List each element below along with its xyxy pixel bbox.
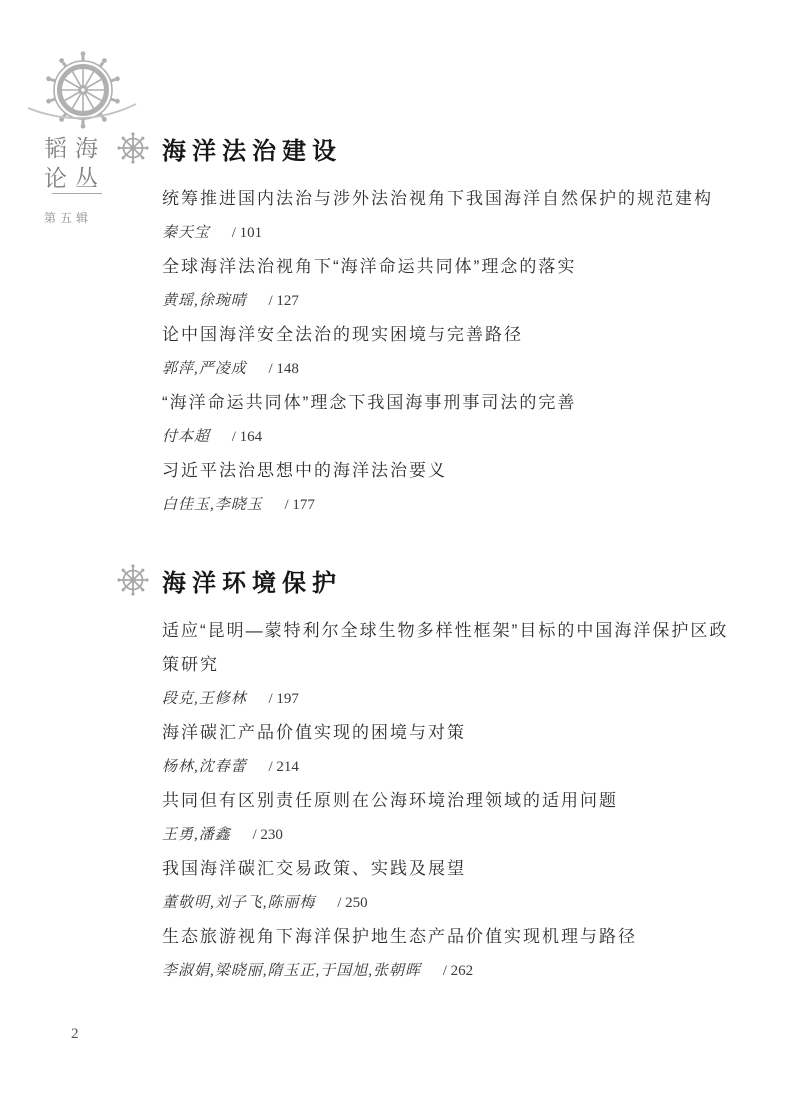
article-byline: 黄瑶,徐琬晴 / 127 <box>162 284 734 318</box>
article-title: 全球海洋法治视角下“海洋命运共同体”理念的落实 <box>162 250 734 284</box>
article-byline: 付本超 / 164 <box>162 420 734 454</box>
article-page-ref: / 164 <box>232 429 262 445</box>
toc-main: 海洋法治建设 统筹推进国内法治与涉外法治视角下我国海洋自然保护的规范建构 秦天宝… <box>162 128 734 988</box>
article-authors: 郭萍,严凌成 <box>162 361 247 377</box>
toc-section: 海洋环境保护 适应“昆明—蒙特利尔全球生物多样性框架”目标的中国海洋保护区政策研… <box>162 560 734 988</box>
toc-entry: “海洋命运共同体”理念下我国海事刑事司法的完善 付本超 / 164 <box>162 386 734 454</box>
article-title: 共同但有区别责任原则在公海环境治理领域的适用问题 <box>162 784 734 818</box>
page-number: 2 <box>71 1026 79 1043</box>
toc-entry: 论中国海洋安全法治的现实困境与完善路径 郭萍,严凌成 / 148 <box>162 318 734 386</box>
section-title: 海洋法治建设 <box>162 131 342 166</box>
article-page-ref: / 127 <box>269 293 299 309</box>
article-page-ref: / 177 <box>285 497 315 513</box>
article-page-ref: / 148 <box>269 361 299 377</box>
helm-icon <box>116 131 150 165</box>
article-page-ref: / 250 <box>337 895 367 911</box>
article-page-ref: / 197 <box>269 691 299 707</box>
article-authors: 王勇,潘鑫 <box>162 827 231 843</box>
toc-entry: 习近平法治思想中的海洋法治要义 白佳玉,李晓玉 / 177 <box>162 454 734 522</box>
article-authors: 董敬明,刘子飞,陈丽梅 <box>162 895 316 911</box>
section-title: 海洋环境保护 <box>162 563 342 598</box>
series-volume: 第五辑 <box>44 209 106 226</box>
article-title: 我国海洋碳汇交易政策、实践及展望 <box>162 852 734 886</box>
article-authors: 黄瑶,徐琬晴 <box>162 293 247 309</box>
article-title: 论中国海洋安全法治的现实困境与完善路径 <box>162 318 734 352</box>
article-title: 适应“昆明—蒙特利尔全球生物多样性框架”目标的中国海洋保护区政策研究 <box>162 614 734 682</box>
toc-section: 海洋法治建设 统筹推进国内法治与涉外法治视角下我国海洋自然保护的规范建构 秦天宝… <box>162 128 734 522</box>
article-byline: 李淑娟,梁晓丽,隋玉正,于国旭,张朝晖 / 262 <box>162 954 734 988</box>
article-byline: 白佳玉,李晓玉 / 177 <box>162 488 734 522</box>
toc-entry: 共同但有区别责任原则在公海环境治理领域的适用问题 王勇,潘鑫 / 230 <box>162 784 734 852</box>
article-authors: 杨林,沈春蕾 <box>162 759 247 775</box>
article-authors: 李淑娟,梁晓丽,隋玉正,于国旭,张朝晖 <box>162 963 421 979</box>
helm-icon <box>116 563 150 597</box>
series-title-block: 韬海 论丛 第五辑 <box>44 134 106 226</box>
article-title: 统筹推进国内法治与涉外法治视角下我国海洋自然保护的规范建构 <box>162 182 734 216</box>
article-byline: 杨林,沈春蕾 / 214 <box>162 750 734 784</box>
article-authors: 白佳玉,李晓玉 <box>162 497 263 513</box>
article-byline: 王勇,潘鑫 / 230 <box>162 818 734 852</box>
article-title: 习近平法治思想中的海洋法治要义 <box>162 454 734 488</box>
article-page-ref: / 262 <box>443 963 473 979</box>
series-title-line2: 论丛 <box>44 164 106 194</box>
article-byline: 段克,王修林 / 197 <box>162 682 734 716</box>
toc-entry: 适应“昆明—蒙特利尔全球生物多样性框架”目标的中国海洋保护区政策研究 段克,王修… <box>162 614 734 716</box>
article-title: 海洋碳汇产品价值实现的困境与对策 <box>162 716 734 750</box>
article-authors: 段克,王修林 <box>162 691 247 707</box>
toc-entry: 海洋碳汇产品价值实现的困境与对策 杨林,沈春蕾 / 214 <box>162 716 734 784</box>
article-authors: 秦天宝 <box>162 225 210 241</box>
article-byline: 董敬明,刘子飞,陈丽梅 / 250 <box>162 886 734 920</box>
article-authors: 付本超 <box>162 429 210 445</box>
section-entries: 统筹推进国内法治与涉外法治视角下我国海洋自然保护的规范建构 秦天宝 / 101 … <box>162 182 734 522</box>
section-entries: 适应“昆明—蒙特利尔全球生物多样性框架”目标的中国海洋保护区政策研究 段克,王修… <box>162 614 734 988</box>
article-page-ref: / 214 <box>269 759 299 775</box>
article-title: “海洋命运共同体”理念下我国海事刑事司法的完善 <box>162 386 734 420</box>
series-title-line1: 韬海 <box>44 134 106 164</box>
section-heading: 海洋环境保护 <box>116 560 734 600</box>
toc-sections: 海洋法治建设 统筹推进国内法治与涉外法治视角下我国海洋自然保护的规范建构 秦天宝… <box>162 128 734 988</box>
section-heading: 海洋法治建设 <box>116 128 734 168</box>
toc-entry: 统筹推进国内法治与涉外法治视角下我国海洋自然保护的规范建构 秦天宝 / 101 <box>162 182 734 250</box>
toc-entry: 我国海洋碳汇交易政策、实践及展望 董敬明,刘子飞,陈丽梅 / 250 <box>162 852 734 920</box>
article-byline: 秦天宝 / 101 <box>162 216 734 250</box>
article-byline: 郭萍,严凌成 / 148 <box>162 352 734 386</box>
publisher-helm-logo-icon <box>26 50 138 138</box>
article-page-ref: / 230 <box>253 827 283 843</box>
article-title: 生态旅游视角下海洋保护地生态产品价值实现机理与路径 <box>162 920 734 954</box>
article-page-ref: / 101 <box>232 225 262 241</box>
toc-entry: 全球海洋法治视角下“海洋命运共同体”理念的落实 黄瑶,徐琬晴 / 127 <box>162 250 734 318</box>
toc-entry: 生态旅游视角下海洋保护地生态产品价值实现机理与路径 李淑娟,梁晓丽,隋玉正,于国… <box>162 920 734 988</box>
